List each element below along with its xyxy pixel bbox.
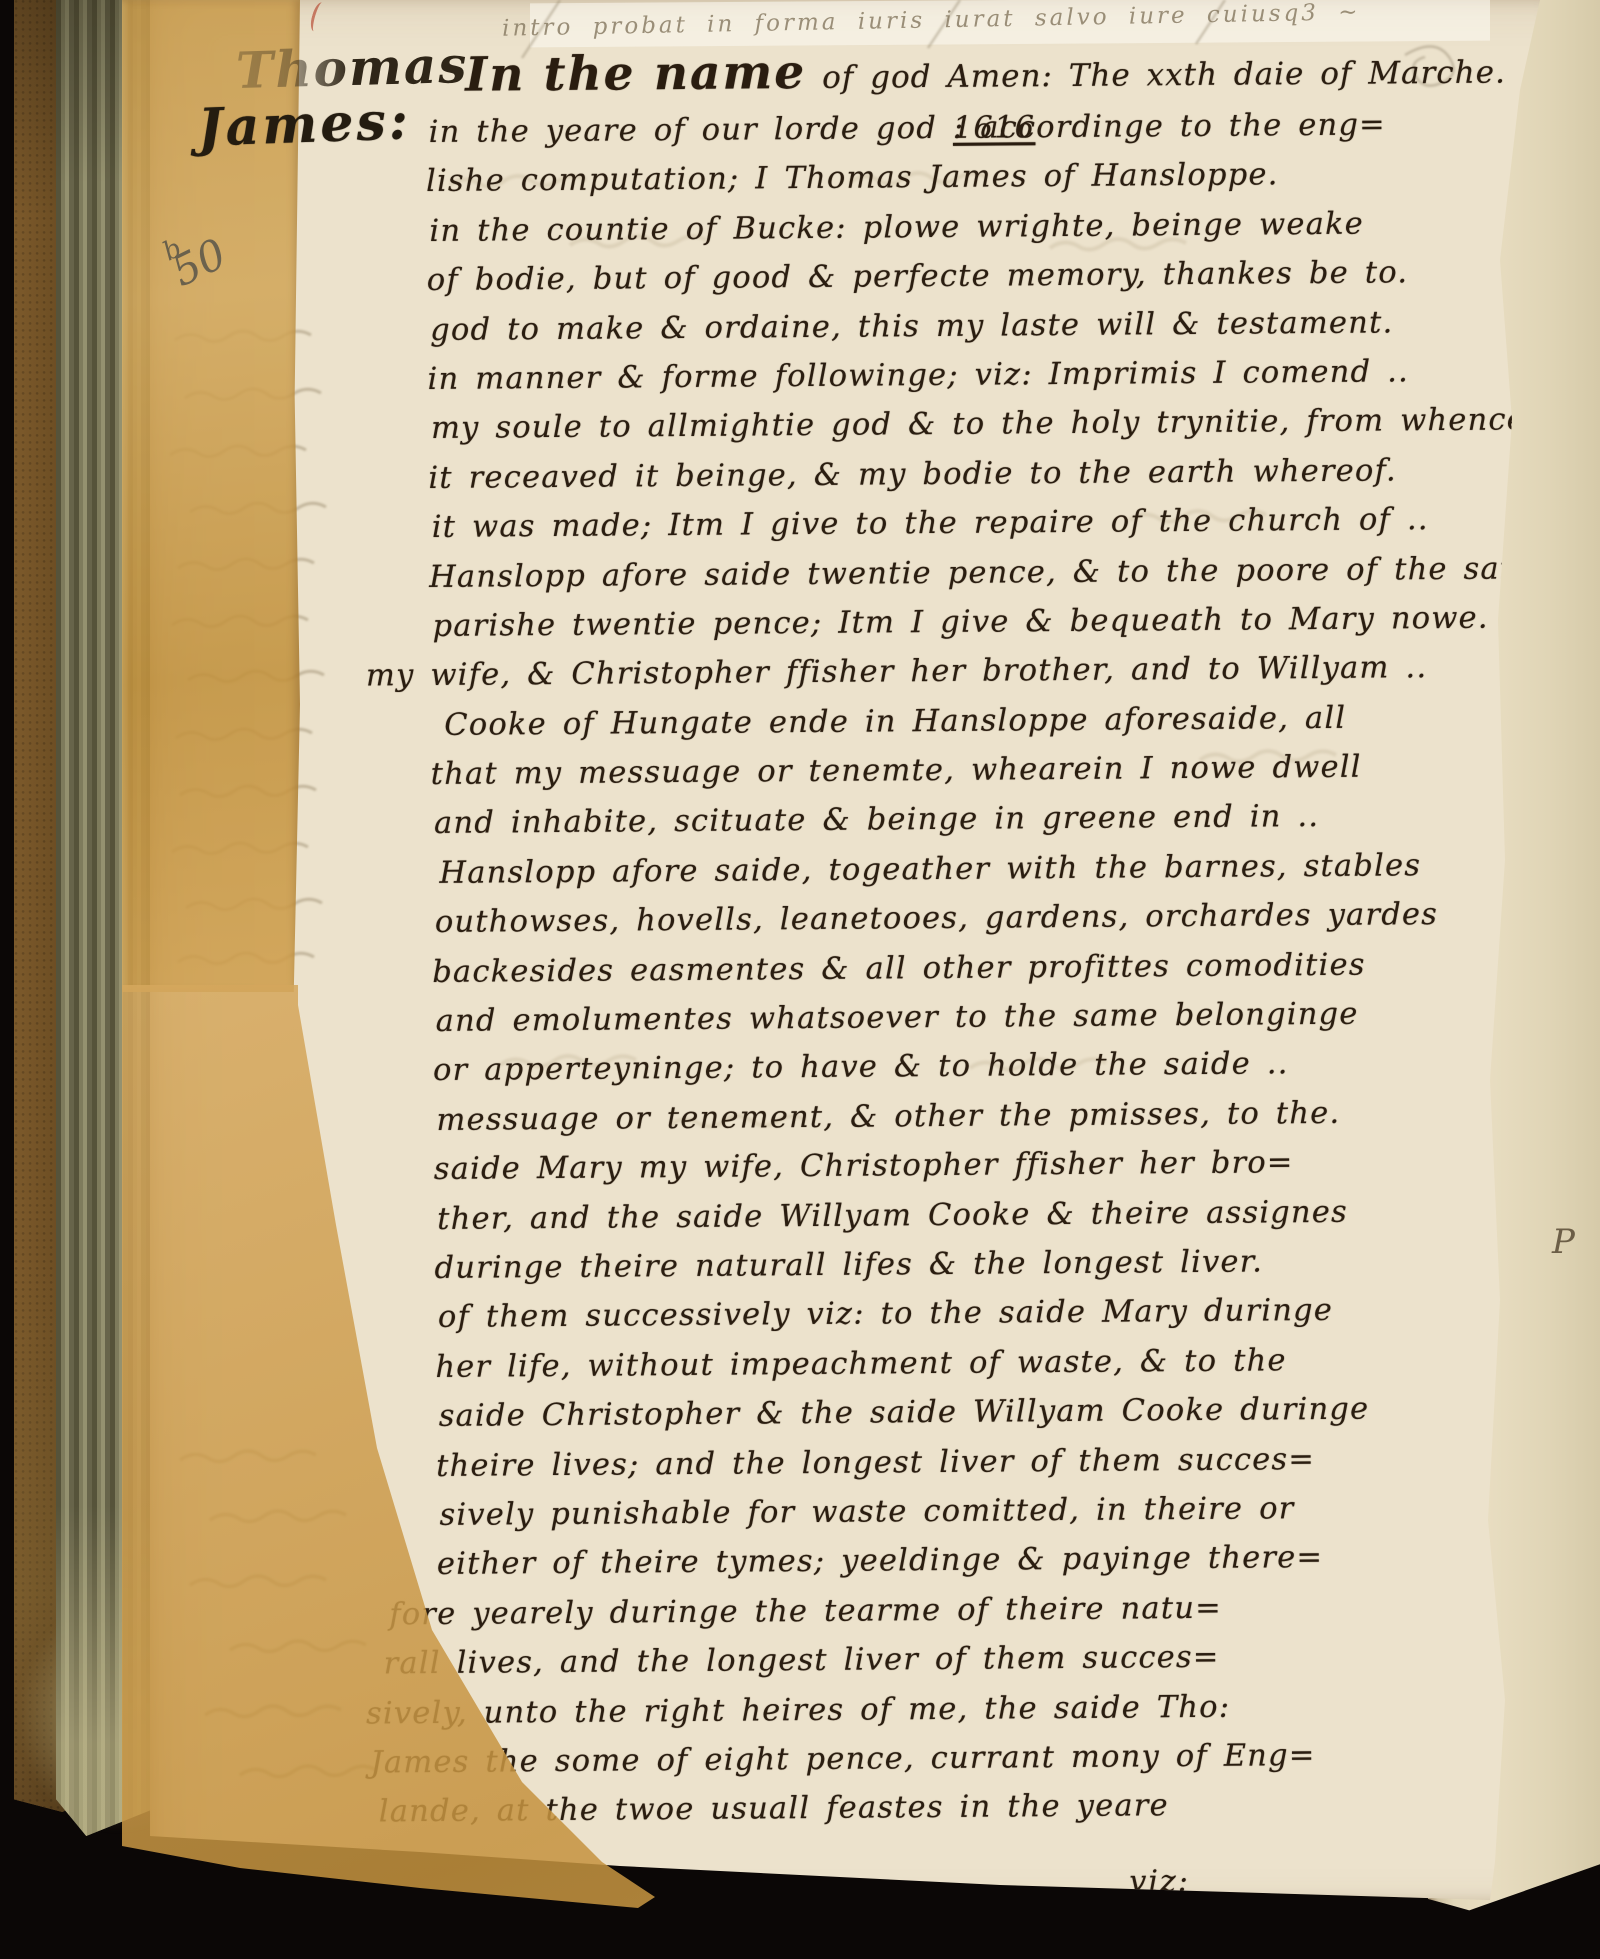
manuscript-line: in the yeare of our lorde god 1616: acco… [428, 99, 1543, 157]
manuscript-photo: P [0, 0, 1600, 1959]
manuscript-line: parishe twentie pence; Itm I give & bequ… [432, 593, 1547, 651]
manuscript-line: and emolumentes whatsoever to the same b… [435, 988, 1550, 1046]
manuscript-line: messuage or tenement, & other the pmisse… [436, 1087, 1551, 1145]
manuscript-line: in manner & forme followinge; viz: Impri… [427, 346, 1545, 404]
manuscript-line: it receaved it beinge, & my bodie to the… [428, 445, 1546, 503]
incipit-large-script: In the name [465, 45, 806, 103]
manuscript-line: theire lives; and the longest liver of t… [436, 1433, 1554, 1491]
manuscript-line: of them successively viz: to the saide M… [438, 1285, 1553, 1343]
manuscript-line: god to make & ordaine, this my laste wil… [430, 297, 1545, 355]
manuscript-line: of bodie, but of good & perfecte memory,… [427, 247, 1545, 305]
manuscript-line: fore yearely duringe the tearme of their… [389, 1581, 1555, 1640]
manuscript-line: saide Mary my wife, Christopher ffisher … [434, 1136, 1552, 1194]
manuscript-line: Hanslopp afore saide, togeather with the… [439, 840, 1549, 898]
will-opening-line: In the name of god Amen: The xxth daie o… [465, 39, 1543, 107]
margin-testator-firstname: Thomas [235, 35, 469, 100]
manuscript-line: in the countie of Bucke: plowe wrighte, … [429, 198, 1544, 256]
manuscript-line: Hanslopp afore saide twentie pence, & to… [429, 544, 1547, 602]
manuscript-line: backesides easmentes & all other profitt… [432, 939, 1550, 997]
margin-testator-surname: James: [197, 90, 412, 158]
manuscript-line: it was made; Itm I give to the repaire o… [432, 494, 1547, 552]
closing-viz: viz: [1129, 1864, 1190, 1899]
manuscript-line: saide Christopher & the saide Willyam Co… [439, 1383, 1554, 1441]
manuscript-line: Cooke of Hungate ende in Hansloppe afore… [444, 692, 1548, 750]
manuscript-line: outhowses, hovells, leanetooes, gardens,… [435, 889, 1550, 947]
will-text-block: In the name of god Amen: The xxth daie o… [425, 39, 1557, 1836]
manuscript-line: that my messuage or tenemte, whearein I … [431, 741, 1549, 799]
incipit-continuation: of god Amen: The xxth daie of Marche. [822, 55, 1506, 96]
manuscript-line: ther, and the saide Willyam Cooke & thei… [437, 1186, 1552, 1244]
manuscript-line: either of theire tymes; yeeldinge & payi… [437, 1532, 1555, 1590]
manuscript-line: and inhabite, scituate & beinge in green… [434, 791, 1549, 849]
manuscript-line: her life, without impeachment of waste, … [435, 1334, 1553, 1392]
folio-number: 50b [164, 245, 200, 296]
facing-page-mark: P [1552, 1222, 1575, 1262]
manuscript-line: or apperteyninge; to have & to holde the… [433, 1038, 1551, 1096]
manuscript-line: duringe theire naturall lifes & the long… [434, 1235, 1552, 1293]
manuscript-line: sively punishable for waste comitted, in… [439, 1482, 1554, 1540]
manuscript-line: my soule to allmightie god & to the holy… [431, 396, 1546, 454]
manuscript-line: lishe computation; I Thomas James of Han… [426, 149, 1544, 207]
will-body-lines: in the yeare of our lorde god 1616: acco… [425, 99, 1557, 1836]
